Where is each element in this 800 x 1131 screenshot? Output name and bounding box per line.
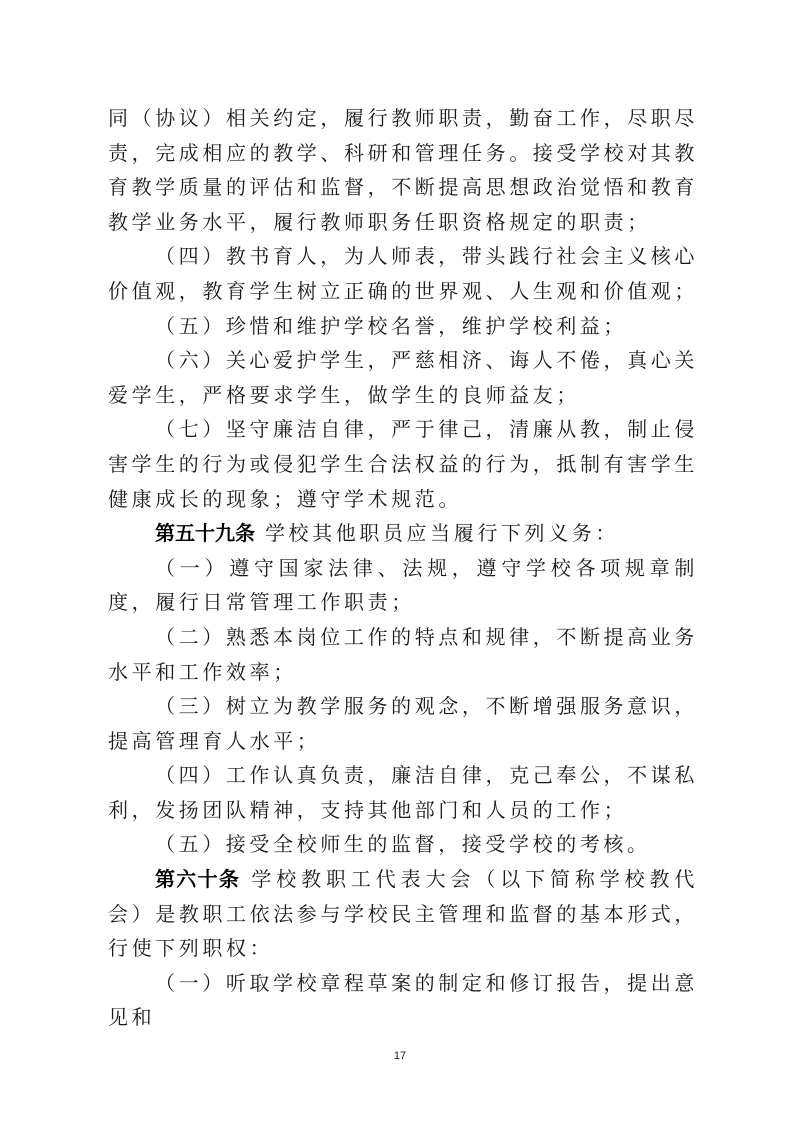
article-59-text: 学校其他职员应当履行下列义务： — [255, 521, 619, 545]
list-item-teacher-duty-7: （七）坚守廉洁自律，严于律己，清廉从教，制止侵害学生的行为或侵犯学生合法权益的行… — [108, 412, 698, 516]
list-item-staff-duty-1: （一）遵守国家法律、法规，遵守学校各项规章制度，履行日常管理工作职责； — [108, 551, 698, 620]
article-59: 第五十九条 学校其他职员应当履行下列义务： — [108, 516, 698, 551]
list-item-teacher-duty-6: （六）关心爱护学生，严慈相济、诲人不倦，真心关爱学生，严格要求学生，做学生的良师… — [108, 343, 698, 412]
list-item-staff-duty-5: （五）接受全校师生的监督，接受学校的考核。 — [108, 827, 698, 862]
list-item-staff-duty-4: （四）工作认真负责，廉洁自律，克己奉公，不谋私利，发扬团队精神，支持其他部门和人… — [108, 758, 698, 827]
list-item-staff-duty-2: （二）熟悉本岗位工作的特点和规律，不断提高业务水平和工作效率； — [108, 620, 698, 689]
document-page: 同（协议）相关约定，履行教师职责，勤奋工作，尽职尽责，完成相应的教学、科研和管理… — [0, 0, 800, 1131]
list-item-congress-power-1: （一）听取学校章程草案的制定和修订报告，提出意见和 — [108, 966, 698, 1035]
list-item-teacher-duty-4: （四）教书育人，为人师表，带头践行社会主义核心价值观，教育学生树立正确的世界观、… — [108, 239, 698, 308]
article-60: 第六十条 学校教职工代表大会（以下简称学校教代会）是教职工依法参与学校民主管理和… — [108, 862, 698, 966]
article-60-heading: 第六十条 — [155, 867, 240, 891]
document-body: 同（协议）相关约定，履行教师职责，勤奋工作，尽职尽责，完成相应的教学、科研和管理… — [108, 101, 698, 1035]
article-59-heading: 第五十九条 — [155, 521, 255, 545]
paragraph-continuation: 同（协议）相关约定，履行教师职责，勤奋工作，尽职尽责，完成相应的教学、科研和管理… — [108, 101, 698, 239]
list-item-teacher-duty-5: （五）珍惜和维护学校名誉，维护学校利益； — [108, 309, 698, 344]
page-number: 17 — [0, 1050, 800, 1062]
list-item-staff-duty-3: （三）树立为教学服务的观念，不断增强服务意识，提高管理育人水平； — [108, 689, 698, 758]
